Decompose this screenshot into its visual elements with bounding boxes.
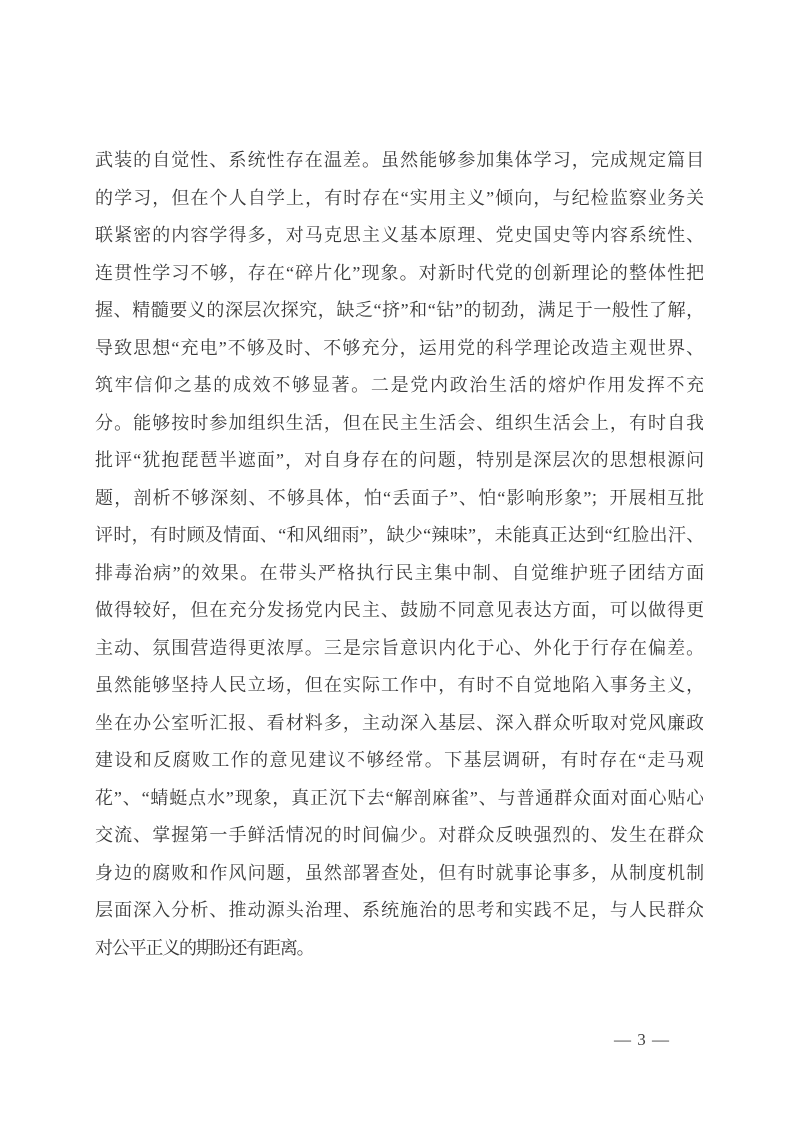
text-line: 层面深入分析、推动源头治理、系统施治的思考和实践不足，与人民群众 xyxy=(95,892,703,930)
text-line: 握、精髓要义的深层次探究，缺乏“挤”和“钻”的韧劲，满足于一般性了解， xyxy=(95,292,703,330)
text-line: 身边的腐败和作风问题，虽然部署查处，但有时就事论事多，从制度机制 xyxy=(95,855,703,893)
document-body: 武装的自觉性、系统性存在温差。虽然能够参加集体学习，完成规定篇目 的学习，但在个… xyxy=(95,142,703,967)
text-line: 筑牢信仰之基的成效不够显著。二是党内政治生活的熔炉作用发挥不充 xyxy=(95,367,703,405)
text-line: 排毒治病”的效果。在带头严格执行民主集中制、自觉维护班子团结方面 xyxy=(95,555,703,593)
text-line: 分。能够按时参加组织生活，但在民主生活会、组织生活会上，有时自我 xyxy=(95,405,703,443)
text-line: 建设和反腐败工作的意见建议不够经常。下基层调研，有时存在“走马观 xyxy=(95,742,703,780)
text-line: 联紧密的内容学得多，对马克思主义基本原理、党史国史等内容系统性、 xyxy=(95,217,703,255)
text-line: 花”、“蜻蜓点水”现象，真正沉下去“解剖麻雀”、与普通群众面对面心贴心 xyxy=(95,780,703,818)
text-line: 导致思想“充电”不够及时、不够充分，运用党的科学理论改造主观世界、 xyxy=(95,330,703,368)
document-page: 武装的自觉性、系统性存在温差。虽然能够参加集体学习，完成规定篇目 的学习，但在个… xyxy=(0,0,793,1122)
text-line: 题，剖析不够深刻、不够具体，怕“丢面子”、怕“影响形象”；开展相互批 xyxy=(95,480,703,518)
page-number: — 3 — xyxy=(614,1028,670,1052)
text-line: 批评“犹抱琵琶半遮面”，对自身存在的问题，特别是深层次的思想根源问 xyxy=(95,442,703,480)
text-line: 坐在办公室听汇报、看材料多，主动深入基层、深入群众听取对党风廉政 xyxy=(95,705,703,743)
text-line: 虽然能够坚持人民立场，但在实际工作中，有时不自觉地陷入事务主义， xyxy=(95,667,703,705)
text-line: 评时，有时顾及情面、“和风细雨”，缺少“辣味”，未能真正达到“红脸出汗、 xyxy=(95,517,703,555)
text-line: 对公平正义的期盼还有距离。 xyxy=(95,930,703,968)
text-line: 连贯性学习不够，存在“碎片化”现象。对新时代党的创新理论的整体性把 xyxy=(95,255,703,293)
text-line: 做得较好，但在充分发扬党内民主、鼓励不同意见表达方面，可以做得更 xyxy=(95,592,703,630)
text-line: 主动、氛围营造得更浓厚。三是宗旨意识内化于心、外化于行存在偏差。 xyxy=(95,630,703,668)
text-line: 的学习，但在个人自学上，有时存在“实用主义”倾向，与纪检监察业务关 xyxy=(95,180,703,218)
text-line: 交流、掌握第一手鲜活情况的时间偏少。对群众反映强烈的、发生在群众 xyxy=(95,817,703,855)
text-line: 武装的自觉性、系统性存在温差。虽然能够参加集体学习，完成规定篇目 xyxy=(95,142,703,180)
